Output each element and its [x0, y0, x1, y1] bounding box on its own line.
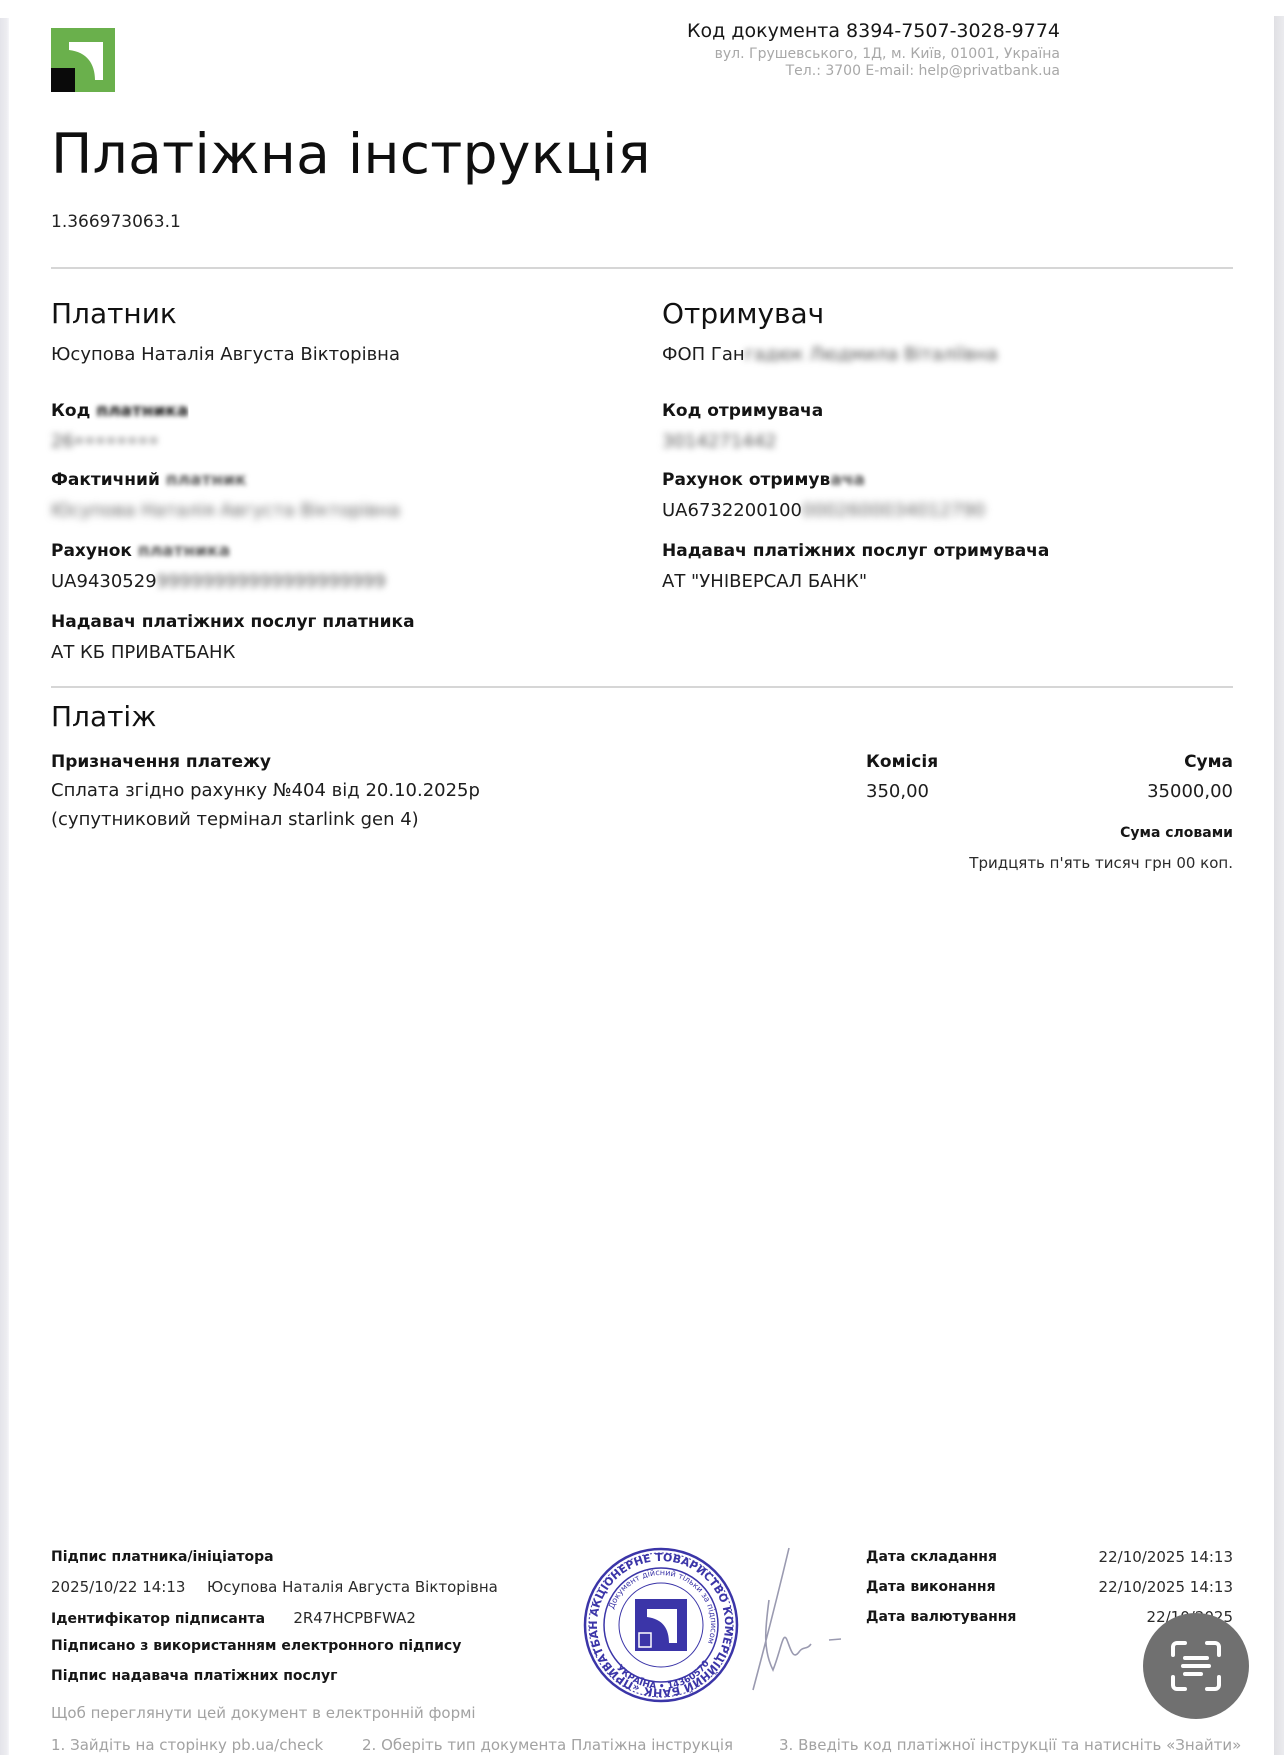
- recipient-code-label: Код отримувача: [662, 401, 823, 421]
- divider: [51, 267, 1233, 269]
- recipient-account-value: UA67322001000002600034012790: [662, 500, 985, 521]
- divider: [51, 686, 1233, 688]
- handwritten-signature: [729, 1540, 849, 1700]
- scan-text-icon: [1167, 1637, 1225, 1695]
- recipient-provider-label: Надавач платіжних послуг отримувача: [662, 541, 1049, 561]
- payer-signature-name: Юсупова Наталія Августа Вікторівна: [207, 1578, 498, 1596]
- amount-words-value: Тридцять п'ять тисяч грн 00 коп.: [969, 854, 1233, 872]
- payer-account-label: Рахунок платника: [51, 541, 230, 561]
- payment-purpose-label: Призначення платежу: [51, 752, 271, 772]
- document-number: 1.366973063.1: [51, 212, 181, 232]
- commission-value: 350,00: [866, 781, 929, 802]
- amount-value: 35000,00: [1147, 781, 1233, 802]
- payer-signature-label: Підпис платника/ініціатора: [51, 1549, 274, 1565]
- signer-id-value: 2R47HCPBFWA2: [293, 1609, 416, 1627]
- recipient-account-visible: UA6732200100: [662, 500, 802, 521]
- footer-step-2: 2. Оберіть тип документа Платіжна інстру…: [362, 1736, 733, 1754]
- payer-name: Юсупова Наталія Августа Вікторівна: [51, 344, 400, 365]
- actual-payer-value: Юсупова Наталія Августа Вікторівна: [51, 500, 400, 521]
- payment-heading: Платіж: [51, 700, 156, 733]
- date-label: Дата складання: [866, 1549, 997, 1565]
- page-title: Платіжна інструкція: [51, 122, 651, 186]
- recipient-account-label: Рахунок отримувача: [662, 470, 865, 490]
- payer-signature-line: 2025/10/22 14:13 Юсупова Наталія Августа…: [51, 1578, 498, 1596]
- recipient-heading: Отримувач: [662, 297, 824, 330]
- commission-label: Комісія: [866, 752, 938, 772]
- scan-text-button[interactable]: [1143, 1613, 1249, 1719]
- signer-id-label: Ідентифікатор підписанта: [51, 1611, 265, 1627]
- recipient-code-value: 3014271442: [662, 431, 777, 452]
- payer-account-value: UA943052999999999999999999999: [51, 571, 386, 592]
- payer-code-value: 26••••••••: [51, 431, 159, 452]
- footer-step-1: 1. Зайдіть на сторінку pb.ua/check: [51, 1736, 323, 1754]
- recipient-name-visible: ФОП Ган: [662, 344, 745, 365]
- privatbank-logo-icon: [51, 28, 115, 92]
- payer-code-label: Код платника: [51, 401, 188, 421]
- payment-purpose-line1: Сплата згідно рахунку №404 від 20.10.202…: [51, 780, 480, 801]
- payer-signature-datetime: 2025/10/22 14:13: [51, 1578, 185, 1596]
- recipient-provider-value: АТ "УНІВЕРСАЛ БАНК": [662, 571, 867, 592]
- date-value: 22/10/2025 14:13: [1099, 1578, 1233, 1596]
- page-edge-left: [0, 18, 9, 1755]
- date-label: Дата виконання: [866, 1579, 996, 1595]
- provider-signature-label: Підпис надавача платіжних послуг: [51, 1668, 337, 1684]
- recipient-name-hidden: гадюк Людмила Віталіївна: [745, 344, 998, 365]
- bank-address: вул. Грушевського, 1Д, м. Київ, 01001, У…: [715, 46, 1060, 63]
- payment-purpose-line2: (супутниковий термінал starlink gen 4): [51, 809, 419, 830]
- payer-provider-value: АТ КБ ПРИВАТБАНК: [51, 642, 235, 663]
- payer-code-label-text: Код платника: [51, 401, 188, 421]
- esign-note: Підписано з використанням електронного п…: [51, 1638, 461, 1654]
- actual-payer-label: Фактичний платник: [51, 470, 247, 490]
- footer-intro: Щоб переглянути цей документ в електронн…: [51, 1704, 476, 1722]
- bank-phone-email: Тел.: 3700 E-mail: help@privatbank.ua: [715, 63, 1060, 80]
- document-page: Код документа 8394-7507-3028-9774 вул. Г…: [9, 0, 1274, 1755]
- payer-account-visible: UA9430529: [51, 571, 157, 592]
- bank-contacts: вул. Грушевського, 1Д, м. Київ, 01001, У…: [715, 46, 1060, 80]
- amount-label: Сума: [1184, 752, 1233, 772]
- footer-step-3: 3. Введіть код платіжної інструкції та н…: [779, 1736, 1241, 1754]
- amount-words-label: Сума словами: [1120, 825, 1233, 841]
- recipient-name: ФОП Гангадюк Людмила Віталіївна: [662, 344, 998, 365]
- document-code: Код документа 8394-7507-3028-9774: [687, 20, 1060, 42]
- recipient-account-hidden: 0002600034012790: [802, 500, 985, 521]
- payer-heading: Платник: [51, 297, 177, 330]
- bank-stamp-icon: АКЦІОНЕРНЕ ТОВАРИСТВО КОМЕРЦІЙНИЙ БАНК «…: [581, 1545, 741, 1705]
- signer-id-row: Ідентифікатор підписанта 2R47HCPBFWA2: [51, 1608, 416, 1627]
- scrollbar-track[interactable]: [1274, 16, 1284, 1755]
- date-label: Дата валютування: [866, 1609, 1016, 1625]
- payer-provider-label: Надавач платіжних послуг платника: [51, 612, 415, 632]
- date-value: 22/10/2025 14:13: [1099, 1548, 1233, 1566]
- payer-account-hidden: 99999999999999999999: [157, 571, 386, 592]
